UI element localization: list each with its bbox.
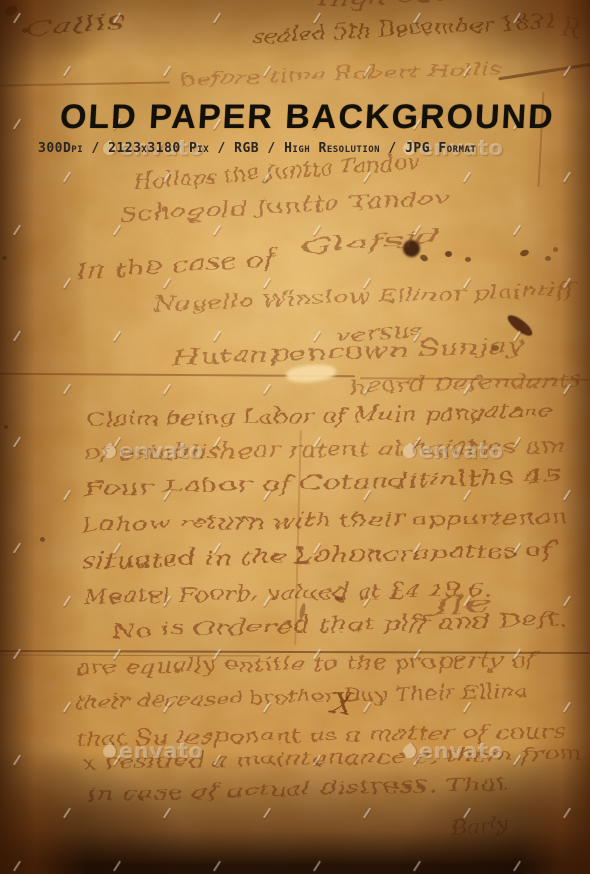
blot-mark [4, 425, 8, 429]
watermark-slash-icon [113, 648, 121, 659]
watermark-slash-icon [213, 224, 221, 235]
watermark-slash-icon [413, 224, 421, 235]
watermark-slash-icon [213, 436, 221, 447]
watermark-slash-icon [263, 383, 271, 394]
watermark-slash-icon [113, 542, 121, 553]
handwriting-line: Nagello Winslow Ellinor plaintiff [150, 277, 577, 314]
handwriting-line: Four Labor of Cotanditinlths 45 [80, 462, 560, 499]
watermark-slash-icon [363, 383, 371, 394]
watermark-slash-icon [563, 807, 571, 818]
watermark-slash-icon [563, 277, 571, 288]
watermark-slash-icon [513, 648, 521, 659]
blot-mark [333, 595, 345, 605]
watermark-slash-icon [413, 330, 421, 341]
envato-watermark-text: envato [119, 441, 204, 462]
watermark-slash-icon [563, 171, 571, 182]
envato-watermark: envato [103, 741, 204, 762]
watermark-slash-icon [163, 383, 171, 394]
handwriting-line: In the case of [71, 244, 278, 282]
watermark-slash-icon [263, 489, 271, 500]
watermark-slash-icon [513, 330, 521, 341]
envato-leaf-icon [400, 742, 418, 760]
watermark-slash-icon [263, 171, 271, 182]
watermark-slash-icon [63, 65, 71, 76]
envato-watermark: envato [103, 441, 204, 462]
handwriting-line: Meatel Foorb, valued at £4 19 6. [80, 575, 490, 606]
watermark-slash-icon [363, 171, 371, 182]
blot-mark [3, 3, 19, 17]
watermark-slash-icon [313, 754, 321, 765]
blot-mark [519, 249, 530, 258]
watermark-slash-icon [313, 12, 321, 23]
blot-mark [419, 253, 429, 262]
watermark-slash-icon [13, 436, 21, 447]
handwriting-line: R [556, 11, 580, 42]
watermark-slash-icon [113, 860, 121, 871]
envato-watermark-text: envato [419, 441, 504, 462]
watermark-slash-icon [213, 648, 221, 659]
handwriting-line: in case of actual distress. That [86, 771, 507, 804]
handwriting-line: Barly [447, 809, 509, 839]
watermark-slash-icon [13, 542, 21, 553]
watermark-slash-icon [113, 12, 121, 23]
watermark-slash-icon [363, 277, 371, 288]
line-mark [360, 377, 590, 380]
watermark-slash-icon [463, 701, 471, 712]
watermark-slash-icon [163, 701, 171, 712]
watermark-slash-icon [413, 542, 421, 553]
watermark-slash-icon [363, 65, 371, 76]
handwriting-line: versus [333, 318, 422, 345]
handwriting-line: are equally entitle to the property of [74, 645, 539, 677]
watermark-slash-icon [563, 489, 571, 500]
handwriting-line: situated in the Lohoncrapattes of [80, 535, 557, 571]
watermark-slash-icon [213, 12, 221, 23]
watermark-slash-icon [463, 383, 471, 394]
envato-leaf-icon [100, 442, 118, 460]
blot-mark [465, 257, 471, 262]
handwriting-line: of establishear ratent at hajattes am [84, 431, 564, 463]
watermark-slash-icon [113, 330, 121, 341]
line-mark [0, 82, 170, 87]
watermark-slash-icon [163, 489, 171, 500]
old-paper-preview: High CourtCallisRsealed 5th December 183… [0, 0, 590, 874]
handwriting-line: that Su lesponant as a matter of cours [74, 718, 565, 749]
handwriting-line: High Court [313, 0, 476, 11]
watermark-slash-icon [513, 224, 521, 235]
blot-mark [22, 28, 28, 33]
watermark-slash-icon [413, 436, 421, 447]
watermark-slash-icon [313, 224, 321, 235]
watermark-slash-icon [13, 12, 21, 23]
handwriting-line: Claim being Labor of Muin panpatane [86, 397, 552, 429]
watermark-slash-icon [63, 595, 71, 606]
watermark-slash-icon [313, 330, 321, 341]
watermark-slash-icon [363, 701, 371, 712]
handwriting-line: No is Ordered that plff and Deft. [108, 605, 566, 641]
watermark-slash-icon [363, 595, 371, 606]
blot-mark [553, 247, 558, 252]
watermark-slash-icon [263, 277, 271, 288]
watermark-slash-icon [13, 224, 21, 235]
handwriting-line: Hutanpencown Sunjay [170, 331, 523, 367]
envato-watermark-text: envato [419, 741, 504, 762]
watermark-slash-icon [313, 860, 321, 871]
blot-mark [2, 256, 7, 260]
blot-mark [40, 537, 45, 542]
watermark-slash-icon [63, 277, 71, 288]
watermark-slash-icon [213, 860, 221, 871]
blot-mark [298, 603, 306, 620]
watermark-slash-icon [513, 754, 521, 765]
watermark-slash-icon [13, 860, 21, 871]
handwriting-line: Callis [22, 8, 124, 42]
line-mark [498, 63, 590, 81]
watermark-slash-icon [363, 807, 371, 818]
watermark-slash-icon [63, 701, 71, 712]
handwriting-line: before time Robert Hollis [177, 57, 500, 88]
watermark-slash-icon [513, 542, 521, 553]
blot-mark [445, 251, 452, 257]
envato-leaf-icon [100, 742, 118, 760]
watermark-slash-icon [513, 860, 521, 871]
handwriting-line: X [325, 684, 355, 722]
envato-leaf-icon [400, 442, 418, 460]
handwriting-line: Ile [428, 588, 492, 620]
envato-watermark: envato [403, 741, 504, 762]
watermark-slash-icon [563, 65, 571, 76]
watermark-slash-icon [163, 65, 171, 76]
watermark-slash-icon [313, 648, 321, 659]
subtitle-specs: 300Dpi / 2123x3180 Pix / RGB / High Reso… [38, 142, 590, 155]
watermark-slash-icon [463, 595, 471, 606]
line-mark [0, 655, 260, 657]
handwriting-line: heard Defendants [347, 367, 580, 397]
line-mark [294, 430, 302, 645]
watermark-slash-icon [163, 595, 171, 606]
watermark-slash-icon [463, 171, 471, 182]
handwriting-line: Lahow return with their appurtenan [78, 502, 567, 535]
blot-mark [505, 312, 535, 339]
blot-mark [492, 345, 499, 351]
watermark-slash-icon [463, 807, 471, 818]
watermark-slash-icon [113, 754, 121, 765]
watermark-slash-icon [63, 383, 71, 394]
watermark-slash-icon [313, 436, 321, 447]
page-title: OLD PAPER BACKGROUND [59, 100, 590, 136]
line-mark [0, 650, 590, 654]
envato-watermark-text: envato [119, 741, 204, 762]
watermark-slash-icon [313, 542, 321, 553]
watermark-slash-icon [563, 383, 571, 394]
watermark-slash-icon [413, 754, 421, 765]
watermark-slash-icon [413, 860, 421, 871]
watermark-slash-icon [113, 224, 121, 235]
blot-mark [545, 256, 551, 261]
watermark-slash-icon [563, 701, 571, 712]
watermark-slash-icon [163, 807, 171, 818]
title-block: OLD PAPER BACKGROUND 300Dpi / 2123x3180 … [0, 100, 590, 155]
watermark-slash-icon [363, 489, 371, 500]
handwriting-line: sealed 5th December 1831 [251, 7, 557, 47]
handwriting-line: Glafsjd [298, 221, 440, 257]
watermark-slash-icon [213, 330, 221, 341]
watermark-slash-icon [13, 754, 21, 765]
handwriting-line: x resided a maintenance e, them from [82, 741, 582, 772]
watermark-slash-icon [63, 171, 71, 182]
watermark-slash-icon [13, 330, 21, 341]
blot-mark [403, 240, 420, 257]
watermark-slash-icon [463, 277, 471, 288]
watermark-slash-icon [13, 648, 21, 659]
handwriting-line: Schogold Juntto Tandov [117, 183, 449, 224]
watermark-slash-icon [213, 542, 221, 553]
watermark-slash-icon [113, 436, 121, 447]
envato-watermark: envato [403, 441, 504, 462]
watermark-slash-icon [163, 171, 171, 182]
line-mark [0, 373, 355, 377]
watermark-slash-icon [463, 489, 471, 500]
watermark-slash-icon [213, 754, 221, 765]
watermark-slash-icon [563, 595, 571, 606]
watermark-slash-icon [263, 595, 271, 606]
handwriting-line: their deceased brother Duy Their Ellina [74, 678, 526, 712]
watermark-slash-icon [413, 648, 421, 659]
watermark-slash-icon [413, 12, 421, 23]
watermark-slash-icon [263, 701, 271, 712]
watermark-slash-icon [463, 65, 471, 76]
watermark-slash-icon [513, 436, 521, 447]
watermark-slash-icon [263, 65, 271, 76]
watermark-slash-icon [63, 807, 71, 818]
watermark-slash-icon [513, 12, 521, 23]
patch-mark [285, 363, 336, 384]
watermark-slash-icon [263, 807, 271, 818]
watermark-slash-icon [63, 489, 71, 500]
watermark-slash-icon [163, 277, 171, 288]
